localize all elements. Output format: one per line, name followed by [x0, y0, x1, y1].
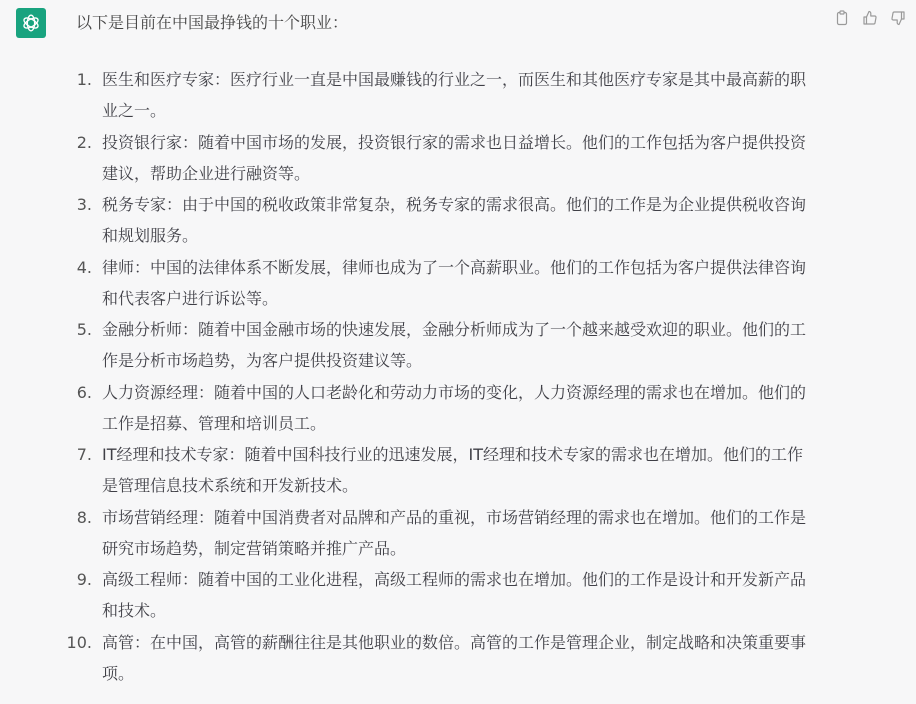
list-item: 10.高管：在中国，高管的薪酬往往是其他职业的数倍。高管的工作是管理企业，制定战…: [66, 627, 811, 689]
list-item: 1.医生和医疗专家：医疗行业一直是中国最赚钱的行业之一，而医生和其他医疗专家是其…: [66, 64, 811, 126]
item-text: IT经理和技术专家：随着中国科技行业的迅速发展，IT经理和技术专家的需求也在增加…: [102, 445, 803, 495]
item-text: 高管：在中国，高管的薪酬往往是其他职业的数倍。高管的工作是管理企业，制定战略和决…: [102, 633, 806, 683]
item-text: 高级工程师：随着中国的工业化进程，高级工程师的需求也在增加。他们的工作是设计和开…: [102, 570, 806, 620]
list-item: 3.税务专家：由于中国的税收政策非常复杂，税务专家的需求很高。他们的工作是为企业…: [66, 189, 811, 251]
list-item: 4.律师：中国的法律体系不断发展，律师也成为了一个高薪职业。他们的工作包括为客户…: [66, 252, 811, 314]
jobs-list: 1.医生和医疗专家：医疗行业一直是中国最赚钱的行业之一，而医生和其他医疗专家是其…: [66, 64, 811, 689]
item-number: 5.: [66, 314, 92, 345]
list-item: 9.高级工程师：随着中国的工业化进程，高级工程师的需求也在增加。他们的工作是设计…: [66, 564, 811, 626]
item-number: 3.: [66, 189, 92, 220]
thumbs-up-icon[interactable]: [862, 10, 878, 26]
list-item: 2.投资银行家：随着中国市场的发展，投资银行家的需求也日益增长。他们的工作包括为…: [66, 127, 811, 189]
message-actions: [834, 10, 906, 26]
list-item: 6.人力资源经理：随着中国的人口老龄化和劳动力市场的变化，人力资源经理的需求也在…: [66, 377, 811, 439]
thumbs-down-icon[interactable]: [890, 10, 906, 26]
item-number: 8.: [66, 502, 92, 533]
item-text: 人力资源经理：随着中国的人口老龄化和劳动力市场的变化，人力资源经理的需求也在增加…: [102, 383, 806, 433]
item-text: 市场营销经理：随着中国消费者对品牌和产品的重视，市场营销经理的需求也在增加。他们…: [102, 508, 806, 558]
item-text: 金融分析师：随着中国金融市场的快速发展，金融分析师成为了一个越来越受欢迎的职业。…: [102, 320, 806, 370]
openai-logo-icon: [20, 12, 42, 34]
item-number: 7.: [66, 439, 92, 470]
item-text: 律师：中国的法律体系不断发展，律师也成为了一个高薪职业。他们的工作包括为客户提供…: [102, 258, 806, 308]
message-intro: 以下是目前在中国最挣钱的十个职业：: [76, 11, 348, 35]
item-number: 4.: [66, 252, 92, 283]
list-item: 7.IT经理和技术专家：随着中国科技行业的迅速发展，IT经理和技术专家的需求也在…: [66, 439, 811, 501]
item-text: 税务专家：由于中国的税收政策非常复杂，税务专家的需求很高。他们的工作是为企业提供…: [102, 195, 806, 245]
item-text: 医生和医疗专家：医疗行业一直是中国最赚钱的行业之一，而医生和其他医疗专家是其中最…: [102, 70, 806, 120]
copy-icon[interactable]: [834, 10, 850, 26]
item-number: 2.: [66, 127, 92, 158]
item-number: 6.: [66, 377, 92, 408]
list-item: 5.金融分析师：随着中国金融市场的快速发展，金融分析师成为了一个越来越受欢迎的职…: [66, 314, 811, 376]
list-item: 8.市场营销经理：随着中国消费者对品牌和产品的重视，市场营销经理的需求也在增加。…: [66, 502, 811, 564]
item-text: 投资银行家：随着中国市场的发展，投资银行家的需求也日益增长。他们的工作包括为客户…: [102, 133, 806, 183]
item-number: 9.: [66, 564, 92, 595]
item-number: 1.: [66, 64, 92, 95]
item-number: 10.: [66, 627, 92, 658]
assistant-avatar: [16, 8, 46, 38]
